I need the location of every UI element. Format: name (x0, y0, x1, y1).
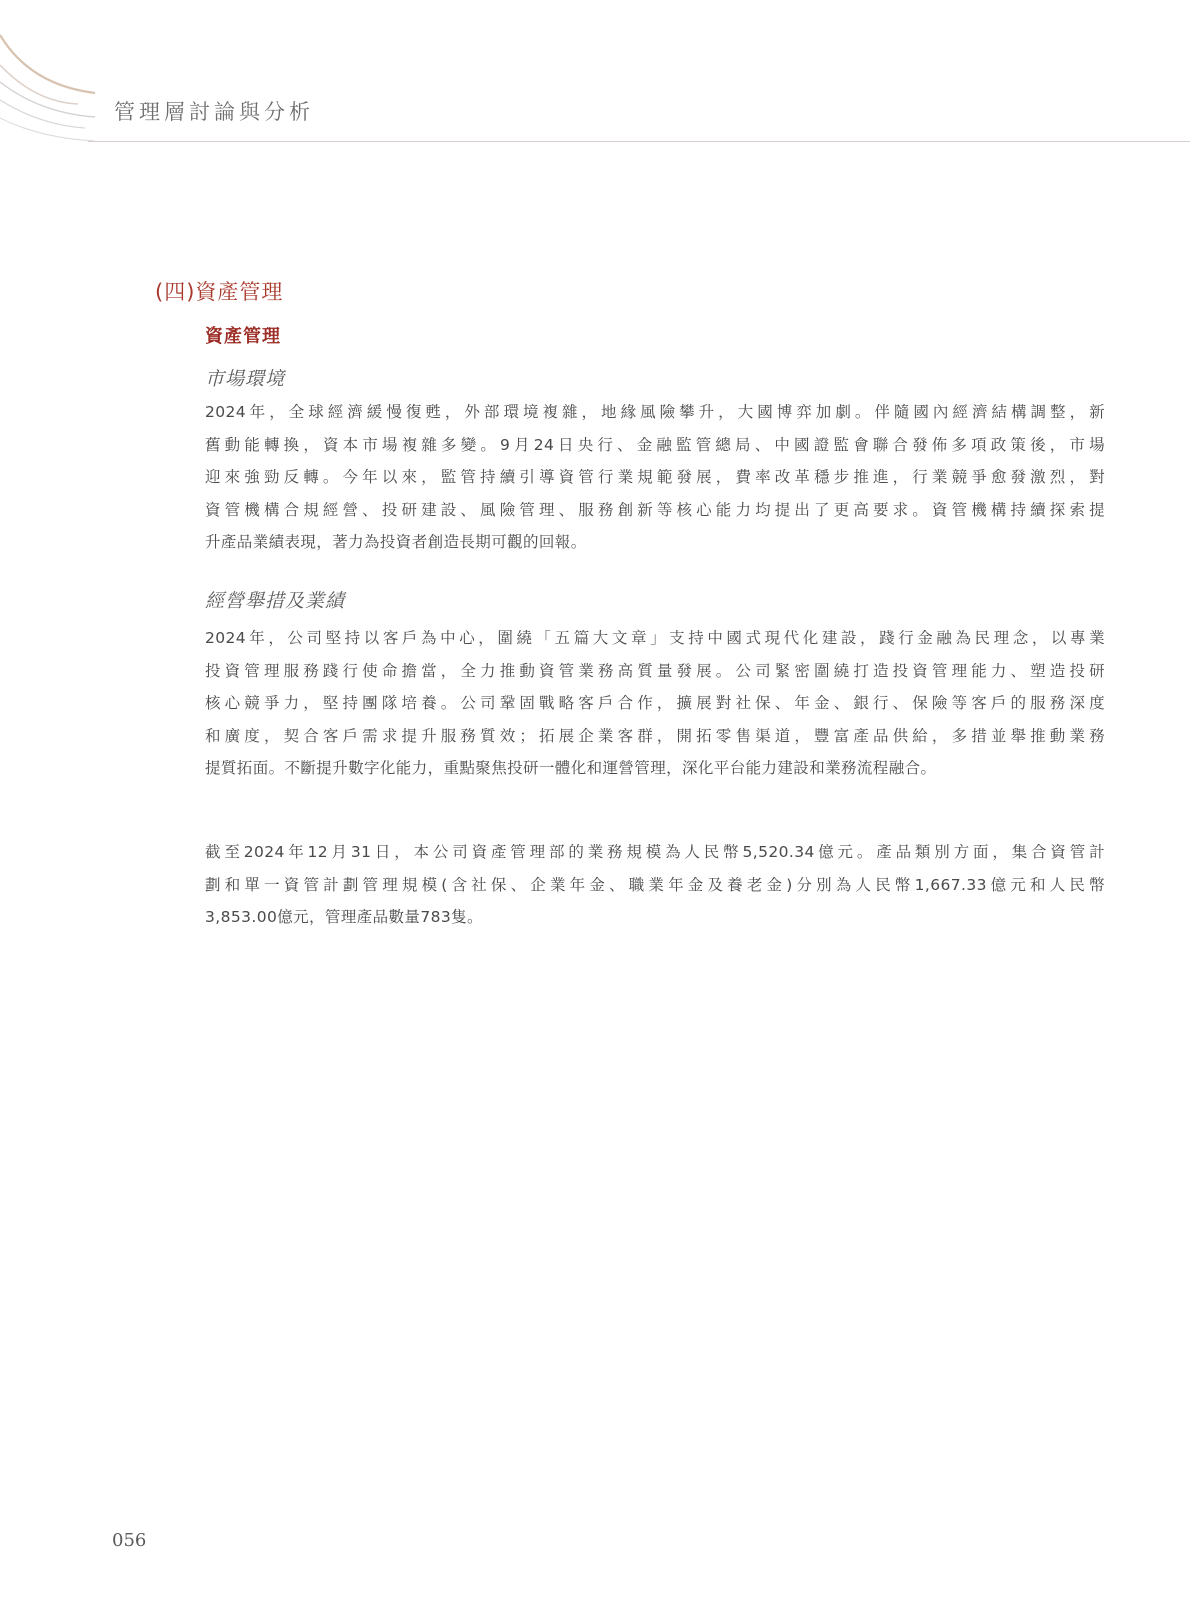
paragraph-line: 迎來強勁反轉。今年以來，監管持續引導資管行業規範發展，費率改革穩步推進，行業競爭… (205, 461, 1105, 494)
operations-paragraph: 2024年，公司堅持以客戶為中心，圍繞「五篇大文章」支持中國式現代化建設，踐行金… (205, 622, 1105, 785)
section-title: (四)資產管理 (155, 276, 283, 306)
decorative-arcs-icon (0, 0, 100, 150)
market-environment-heading: 市場環境 (205, 364, 285, 391)
paragraph-line: 截至2024年12月31日，本公司資產管理部的業務規模為人民幣5,520.34億… (205, 836, 1105, 869)
subsection-title: 資產管理 (205, 322, 281, 348)
running-header-title: 管理層討論與分析 (114, 96, 314, 126)
paragraph-line: 和廣度，契合客戶需求提升服務質效；拓展企業客群，開拓零售渠道，豐富產品供給，多措… (205, 720, 1105, 753)
paragraph-line: 投資管理服務踐行使命擔當，全力推動資管業務高質量發展。公司緊密圍繞打造投資管理能… (205, 655, 1105, 688)
paragraph-line: 2024年，公司堅持以客戶為中心，圍繞「五篇大文章」支持中國式現代化建設，踐行金… (205, 622, 1105, 655)
paragraph-line: 資管機構合規經營、投研建設、風險管理、服務創新等核心能力均提出了更高要求。資管機… (205, 494, 1105, 527)
page-number: 056 (112, 1530, 146, 1551)
results-paragraph: 截至2024年12月31日，本公司資產管理部的業務規模為人民幣5,520.34億… (205, 836, 1105, 934)
paragraph-line: 2024年，全球經濟緩慢復甦，外部環境複雜，地緣風險攀升，大國博弈加劇。伴隨國內… (205, 396, 1105, 429)
paragraph-line: 升產品業績表現，著力為投資者創造長期可觀的回報。 (205, 526, 1105, 559)
paragraph-line: 3,853.00億元，管理產品數量783隻。 (205, 901, 1105, 934)
paragraph-line: 舊動能轉換，資本市場複雜多變。9月24日央行、金融監管總局、中國證監會聯合發佈多… (205, 429, 1105, 462)
paragraph-line: 核心競爭力，堅持團隊培養。公司鞏固戰略客戶合作，擴展對社保、年金、銀行、保險等客… (205, 687, 1105, 720)
header-divider (88, 141, 1190, 142)
paragraph-line: 提質拓面。不斷提升數字化能力，重點聚焦投研一體化和運營管理，深化平台能力建設和業… (205, 752, 1105, 785)
paragraph-line: 劃和單一資管計劃管理規模(含社保、企業年金、職業年金及養老金)分別為人民幣1,6… (205, 869, 1105, 902)
operations-heading: 經營舉措及業績 (205, 586, 345, 613)
market-environment-paragraph: 2024年，全球經濟緩慢復甦，外部環境複雜，地緣風險攀升，大國博弈加劇。伴隨國內… (205, 396, 1105, 559)
